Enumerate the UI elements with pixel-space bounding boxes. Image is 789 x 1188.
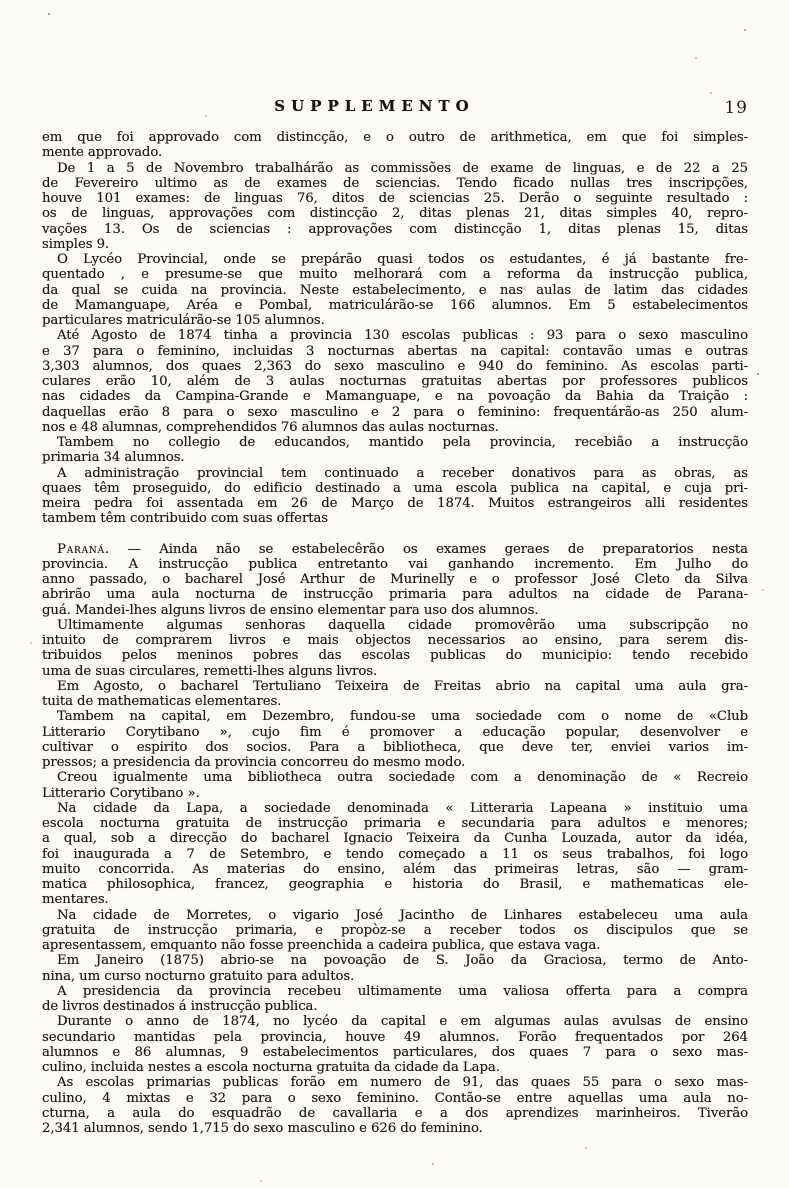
text-line: mente approvado. [42, 145, 748, 160]
text-block: em que foi approvado com distincção, e o… [42, 130, 748, 1136]
text-line: foi inaugurada a 7 de Setembro, e tendo … [42, 847, 748, 862]
text-line: 2,341 alumnos, sendo 1,715 do sexo mascu… [42, 1121, 748, 1136]
text-line: pressos; a presidencia da provincia conc… [42, 755, 748, 770]
text-line: Até Agosto de 1874 tinha a provincia 130… [42, 328, 748, 343]
text-line: matica philosophica, francez, geographia… [42, 877, 748, 892]
text-line: guá. Mandei-lhes alguns livros de ensino… [42, 603, 748, 618]
text-line: daquellas erão 8 para o sexo masculino e… [42, 405, 748, 420]
text-line: quentado , e presume-se que muito melhor… [42, 267, 748, 282]
text-line: abrirão uma aula nocturna de instrucção … [42, 587, 748, 602]
text-line: escola nocturna gratuita de instrucção p… [42, 816, 748, 831]
text-line: culares erão 10, além de 3 aulas nocturn… [42, 374, 748, 389]
text-line: Durante o anno de 1874, no lycéo da capi… [42, 1014, 748, 1029]
text-line: nas cidades da Campina-Grande e Mamangua… [42, 389, 748, 404]
text-line: Tambem no collegio de educandos, mantido… [42, 435, 748, 450]
text-line: O Lycéo Provincial, onde se prepárão qua… [42, 252, 748, 267]
text-line: tuita de mathematicas elementares. [42, 694, 748, 709]
text-line: primaria 34 alumnos. [42, 450, 748, 465]
text-line: cultivar o espirito dos socios. Para a b… [42, 740, 748, 755]
text-line: Na cidade de Morretes, o vigario José Ja… [42, 908, 748, 923]
text-line: uma de suas circulares, remetti-lhes alg… [42, 664, 748, 679]
page-header: SUPPLEMENTO 19 [41, 97, 748, 119]
text-line: particulares matriculárão-se 105 alumnos… [42, 313, 748, 328]
text-line: houve 101 exames: de linguas 76, ditos d… [42, 191, 748, 206]
text-line: Litterario Corytibano », cujo fim é prom… [42, 725, 748, 740]
text-line: De 1 a 5 de Novembro trabalhárão as comm… [42, 161, 748, 176]
text-line: mentares. [42, 892, 748, 907]
text-line: anno passado, o bacharel José Arthur de … [42, 572, 748, 587]
text-line: intuito de comprarem livros e mais objec… [42, 633, 748, 648]
text-line: meira pedra foi assentada em 26 de Março… [42, 496, 748, 511]
document-page: SUPPLEMENTO 19 em que foi approvado com … [0, 0, 789, 1188]
text-line: quaes têm proseguido, do edificio destin… [42, 481, 748, 496]
text-line: provincia. A instrucção publica entretan… [42, 557, 748, 572]
text-line: os de linguas, approvações com distincçã… [42, 206, 748, 221]
text-line: gratuita de instrucção primaria, e propò… [42, 923, 748, 938]
text-line: culino, incluida nestes a escola nocturn… [42, 1060, 748, 1075]
text-line: nina, um curso nocturno gratuito para ad… [42, 969, 748, 984]
section-lead: Paraná [57, 542, 105, 557]
text-line: e 37 para o feminino, incluidas 3 noctur… [42, 344, 748, 359]
text-line: secundario mantidas pela provincia, houv… [42, 1030, 748, 1045]
text-line: de livros destinados á instrucção public… [42, 999, 748, 1014]
text-line: cturna, a aula do esquadrão de cavallari… [42, 1106, 748, 1121]
text-line: vações 13. Os de sciencias : approvações… [42, 222, 748, 237]
text-line: alumnos e 86 alumnas, 9 estabelecimentos… [42, 1045, 748, 1060]
text-line: As escolas primarias publicas forão em n… [42, 1075, 748, 1090]
scan-noise [0, 0, 2, 2]
text-line: culino, 4 mixtas e 32 para o sexo femini… [42, 1091, 748, 1106]
text-line: A administração provincial tem continuad… [42, 466, 748, 481]
text-line: de Fevereiro ultimo as de exames de scie… [42, 176, 748, 191]
text-line: Na cidade da Lapa, a sociedade denominad… [42, 801, 748, 816]
page-number: 19 [724, 98, 748, 118]
text-line: muito concorrida. As materias do ensino,… [42, 862, 748, 877]
text-line: Paraná. — Ainda não se estabelecêrão os … [42, 542, 748, 557]
text-line: 3,303 alumnos, dos quaes 2,363 do sexo m… [42, 359, 748, 374]
text-line: Em Agosto, o bacharel Tertuliano Teixeir… [42, 679, 748, 694]
text-line: em que foi approvado com distincção, e o… [42, 130, 748, 145]
text-line: tambem têm contribuido com suas offertas [42, 511, 748, 526]
text-line: simples 9. [42, 237, 748, 252]
text-line: Litterario Corytibano ». [42, 786, 748, 801]
text-line: tribuidos pelos meninos pobres das escol… [42, 648, 748, 663]
text-line: A presidencia da provincia recebeu ultim… [42, 984, 748, 999]
text-line: Em Janeiro (1875) abrio-se na povoação d… [42, 953, 748, 968]
text-line: Tambem na capital, em Dezembro, fundou-s… [42, 709, 748, 724]
text-line: de Mamanguape, Aréa e Pombal, matriculár… [42, 298, 748, 313]
text-line: Ultimamente algumas senhoras daquella ci… [42, 618, 748, 633]
text-line: da qual se cuida na provincia. Neste est… [42, 283, 748, 298]
text-line: a qual, sob a direcção do bacharel Ignac… [42, 831, 748, 846]
text-line: Creou igualmente uma bibliotheca outra s… [42, 770, 748, 785]
text-line: nos e 48 alumnas, comprehendidos 76 alum… [42, 420, 748, 435]
running-title: SUPPLEMENTO [41, 97, 708, 115]
text-line: apresentassem, emquanto não fosse preenc… [42, 938, 748, 953]
